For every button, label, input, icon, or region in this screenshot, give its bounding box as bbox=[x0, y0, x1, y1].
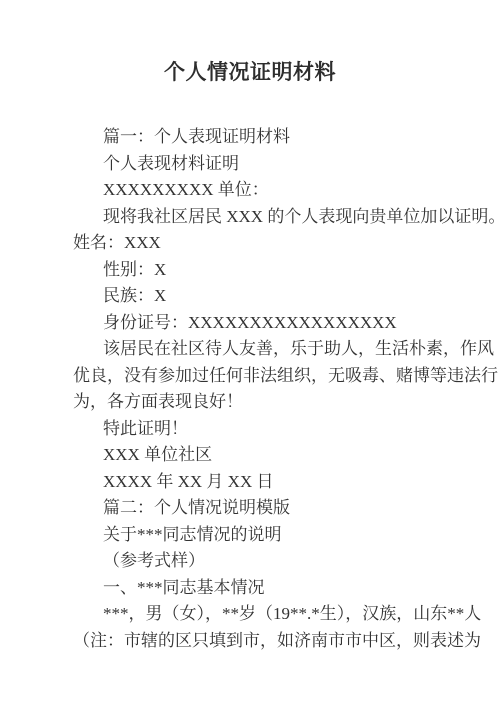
document-line: XXXXXXXXX 单位： bbox=[0, 177, 500, 204]
document-page: 个人情况证明材料 篇一：个人表现证明材料个人表现材料证明XXXXXXXXX 单位… bbox=[0, 0, 500, 708]
document-line: （注：市辖的区只填到市，如济南市市中区，则表述为 bbox=[0, 628, 500, 655]
document-line: 身份证号：XXXXXXXXXXXXXXXXX bbox=[0, 310, 500, 337]
document-line: 该居民在社区待人友善，乐于助人，生活朴素，作风 bbox=[0, 336, 500, 363]
document-title: 个人情况证明材料 bbox=[0, 0, 500, 86]
document-line: 关于***同志情况的说明 bbox=[0, 522, 500, 549]
document-line: XXX 单位社区 bbox=[0, 442, 500, 469]
document-line: 个人表现材料证明 bbox=[0, 151, 500, 178]
document-line: 一、***同志基本情况 bbox=[0, 575, 500, 602]
document-line: 性别：X bbox=[0, 257, 500, 284]
document-line: 篇二：个人情况说明模版 bbox=[0, 495, 500, 522]
document-line: XXXX 年 XX 月 XX 日 bbox=[0, 469, 500, 496]
document-line: （参考式样） bbox=[0, 548, 500, 575]
document-line: 为，各方面表现良好！ bbox=[0, 389, 500, 416]
document-line: ***，男（女），**岁（19**.*生），汉族，山东**人 bbox=[0, 601, 500, 628]
document-body: 篇一：个人表现证明材料个人表现材料证明XXXXXXXXX 单位：现将我社区居民 … bbox=[0, 124, 500, 654]
document-line: 现将我社区居民 XXX 的个人表现向贵单位加以证明。 bbox=[0, 204, 500, 231]
document-line: 特此证明！ bbox=[0, 416, 500, 443]
document-line: 优良，没有参加过任何非法组织，无吸毒、赌博等违法行 bbox=[0, 363, 500, 390]
document-line: 篇一：个人表现证明材料 bbox=[0, 124, 500, 151]
document-line: 民族：X bbox=[0, 283, 500, 310]
document-line: 姓名：XXX bbox=[0, 230, 500, 257]
